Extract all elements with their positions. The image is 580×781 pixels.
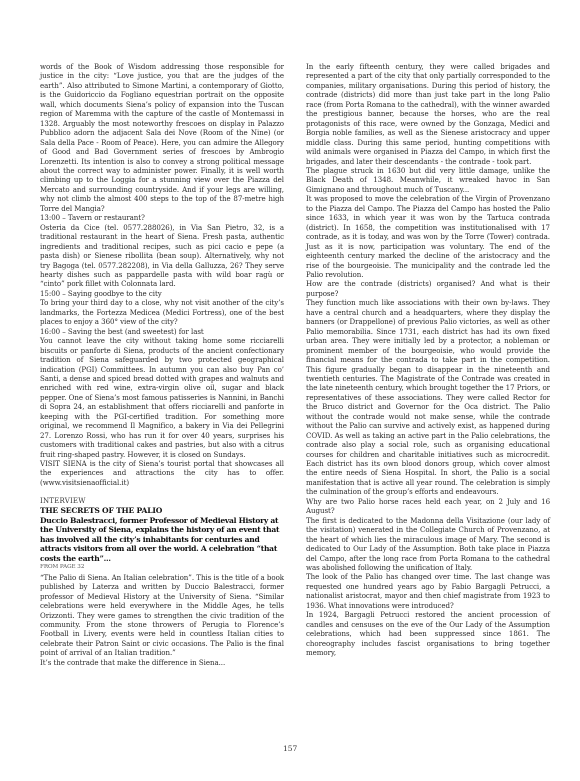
subheading-time: 13:00 – Tavern or restaurant?: [40, 213, 284, 222]
interview-section: INTERVIEW THE SECRETS OF THE PALIO Ducci…: [40, 497, 284, 667]
body-paragraph: It was proposed to move the celebration …: [306, 194, 550, 279]
question-paragraph: The look of the Palio has changed over t…: [306, 572, 550, 610]
body-paragraph: In 1924, Bargagli Petrucci restored the …: [306, 610, 550, 657]
body-paragraph: words of the Book of Wisdom addressing t…: [40, 62, 284, 213]
spacer: [40, 487, 284, 496]
right-column: In the early fifteenth century, they wer…: [306, 62, 550, 658]
body-paragraph: The plague struck in 1630 but did very l…: [306, 166, 550, 194]
body-paragraph: “The Palio di Siena. An Italian celebrat…: [40, 573, 284, 658]
body-paragraph: They function much like associations wit…: [306, 298, 550, 497]
subheading-time: 16:00 – Saving the best (and sweetest) f…: [40, 327, 284, 336]
question-paragraph: Why are two Palio horse races held each …: [306, 497, 550, 516]
left-column: words of the Book of Wisdom addressing t…: [40, 62, 284, 667]
magazine-page: words of the Book of Wisdom addressing t…: [0, 0, 580, 781]
section-kicker: INTERVIEW: [40, 497, 284, 506]
body-paragraph: In the early fifteenth century, they wer…: [306, 62, 550, 166]
body-paragraph: VISIT SIENA is the city of Siena’s touri…: [40, 459, 284, 487]
subheading-time: 15:00 – Saying goodbye to the city: [40, 289, 284, 298]
article-title: THE SECRETS OF THE PALIO: [40, 506, 284, 515]
article-standfirst: Duccio Balestracci, former Professor of …: [40, 516, 284, 564]
body-paragraph: The first is dedicated to the Madonna de…: [306, 516, 550, 573]
body-paragraph: You cannot leave the city without taking…: [40, 336, 284, 459]
question-paragraph: It’s the contrade that make the differen…: [40, 658, 284, 667]
body-paragraph: Osteria da Cice (tel. 0577.288026), in V…: [40, 223, 284, 289]
question-paragraph: How are the contrade (districts) organis…: [306, 279, 550, 298]
body-paragraph: To bring your third day to a close, why …: [40, 298, 284, 326]
from-page-label: FROM PAGE 32: [40, 563, 284, 572]
page-number: 157: [283, 744, 297, 753]
